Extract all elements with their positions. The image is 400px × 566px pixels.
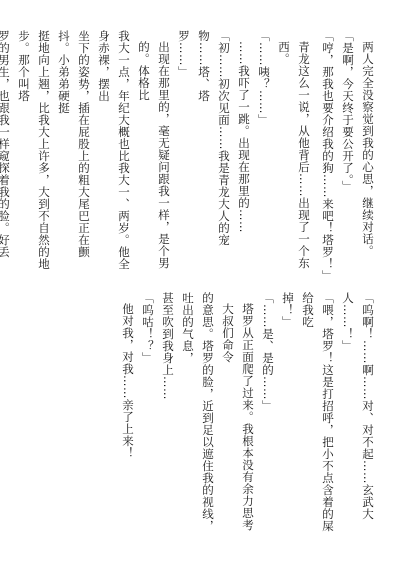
text-column: 我大一点，年纪大概也比我大一、两岁。他全身赤裸，摆出 — [94, 30, 134, 280]
text-block-bottom: 「呜啊！……啊……对、对不起……玄武大人……！」 「喂，塔罗！这是打招呼，把小不… — [118, 292, 378, 542]
text-column: 罗……」 — [174, 30, 194, 280]
text-column: 青龙这么一说，从他背后……出现了一个东西。 — [274, 30, 314, 280]
text-column: 他对我，对我……亲了上来！ — [118, 292, 138, 542]
text-column: 的意思。塔罗的脸，近到足以遮住我的视线，吐出的气息， — [178, 292, 218, 542]
text-column: 「初……初次见面……我是青龙大人的宠物……塔、塔 — [194, 30, 234, 280]
text-column: 掉！」 — [278, 292, 298, 542]
text-column: 「喂，塔罗！这是打招呼，把小不点含着的屎给我吃 — [298, 292, 338, 542]
text-column: 坐下的姿势，插在屁股上的粗大尾巴正在颤抖。小弟弟硬挺 — [54, 30, 94, 280]
text-column: 甚至吹到我身上…… — [158, 292, 178, 542]
text-column: ……我吓了一跳。出现在那里的…… — [234, 30, 254, 280]
text-column: 「……是、是的……」 — [258, 292, 278, 542]
text-block-top: 两人完全没察觉到我的心思，继续对话。 「是啊，今天终于要公开了。」 「哼，那我也… — [0, 30, 378, 280]
text-column: 出现在那里的，毫无疑问跟我一样，是个男的。体格比 — [134, 30, 174, 280]
text-column: 「呜咕！？」 — [138, 292, 158, 542]
book-page: 两人完全没察觉到我的心思，继续对话。 「是啊，今天终于要公开了。」 「哼，那我也… — [0, 0, 400, 566]
text-column: 两人完全没察觉到我的心思，继续对话。 — [358, 30, 378, 280]
text-column: 塔罗从正面爬了过来。我根本没有余力思考大叔们命令 — [218, 292, 258, 542]
text-column: 罗的男生，也跟我一样窥探着我的脸。好丢脸。 — [0, 30, 14, 280]
text-column: 「是啊，今天终于要公开了。」 — [338, 30, 358, 280]
text-column: 「呜啊！……啊……对、对不起……玄武大人……！」 — [338, 292, 378, 542]
text-column: 「哼，那我也要介绍我的狗……来吧！塔罗！」 — [318, 30, 338, 280]
text-column: 挺地向上翘，比我大上许多，大到不自然的地步。那个叫塔 — [14, 30, 54, 280]
text-column: 「……咦？……」 — [254, 30, 274, 280]
